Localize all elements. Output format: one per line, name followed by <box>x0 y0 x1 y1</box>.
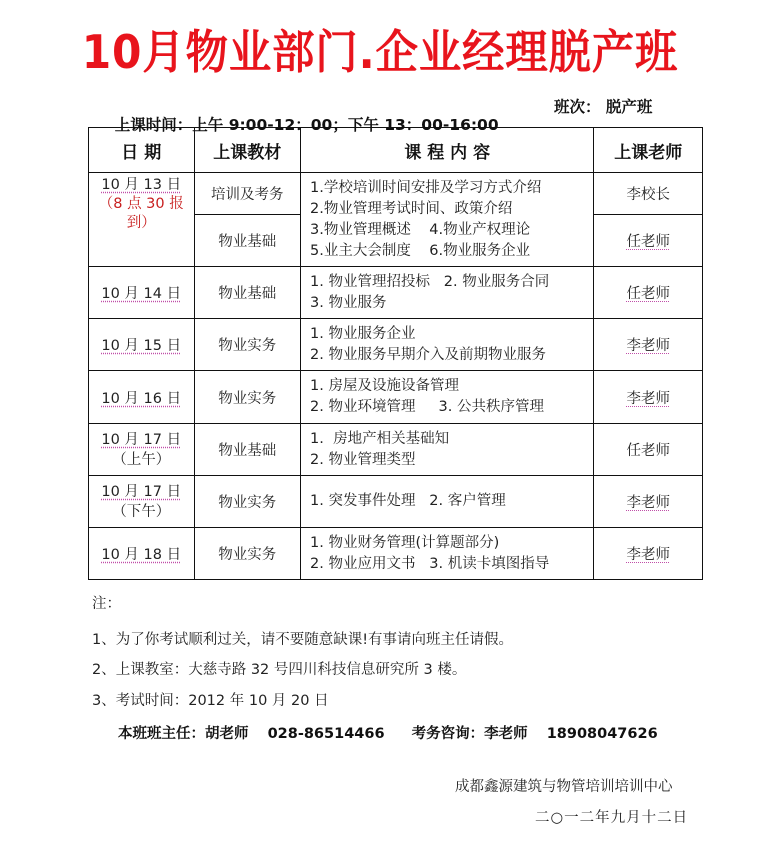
teacher-name: 李校长 <box>626 187 670 203</box>
date-cell: 10 月 17 日 （上午） <box>89 424 195 476</box>
content-cell: 1. 物业管理招投标 2. 物业服务合同 3. 物业服务 <box>301 267 594 319</box>
material-cell: 物业实务 <box>194 476 301 528</box>
date-text: 10 月 15 日 <box>101 338 181 354</box>
teacher-name: 李老师 <box>626 338 670 354</box>
content-cell: 1. 突发事件处理 2. 客户管理 <box>301 476 594 528</box>
material-cell: 物业实务 <box>194 528 301 580</box>
table-row: 10 月 17 日 （上午） 物业基础 1. 房地产相关基础知 2. 物业管理类… <box>89 424 703 476</box>
teacher-cell: 李老师 <box>594 319 703 371</box>
teacher-name: 李老师 <box>626 391 670 407</box>
class-type: 班次： 脱产班 <box>554 95 652 117</box>
col-header-teacher: 上课老师 <box>594 128 703 173</box>
material-cell: 物业基础 <box>194 267 301 319</box>
issue-date: 二○一二年九月十二日 <box>535 806 688 827</box>
date-cell: 10 月 18 日 <box>89 528 195 580</box>
exam-contact-phone: 18908047626 <box>547 726 658 742</box>
col-header-content: 课 程 内 容 <box>301 128 594 173</box>
contact-line: 本班班主任：胡老师 028-86514466 考务咨询：李老师 18908047… <box>118 722 658 743</box>
content-line: 2. 物业服务早期介入及前期物业服务 <box>310 345 593 366</box>
teacher-cell: 任老师 <box>594 424 703 476</box>
date-note: （上午） <box>89 450 194 470</box>
date-note: （8 点 30 报到） <box>89 195 194 233</box>
head-teacher-phone: 028-86514466 <box>268 726 385 742</box>
content-line: 5.业主大会制度 6.物业服务企业 <box>310 241 593 262</box>
content-line: 1.学校培训时间安排及学习方式介绍 <box>310 178 593 199</box>
content-line: 3.物业管理概述 4.物业产权理论 <box>310 220 593 241</box>
content-line: 1. 物业管理招投标 2. 物业服务合同 <box>310 272 593 293</box>
date-cell: 10 月 17 日 （下午） <box>89 476 195 528</box>
content-cell: 1. 物业服务企业 2. 物业服务早期介入及前期物业服务 <box>301 319 594 371</box>
teacher-cell: 任老师 <box>594 215 703 267</box>
content-line: 1. 物业服务企业 <box>310 324 593 345</box>
content-line: 3. 物业服务 <box>310 293 593 314</box>
content-cell: 1.学校培训时间安排及学习方式介绍 2.物业管理考试时间、政策介绍 3.物业管理… <box>301 173 594 267</box>
table-row: 10 月 18 日 物业实务 1. 物业财务管理(计算题部分) 2. 物业应用文… <box>89 528 703 580</box>
content-line: 1. 房屋及设施设备管理 <box>310 376 593 397</box>
teacher-name: 李老师 <box>626 547 670 563</box>
date-text: 10 月 14 日 <box>101 286 181 302</box>
content-line: 1. 突发事件处理 2. 客户管理 <box>310 491 593 512</box>
date-text: 10 月 17 日 <box>89 482 194 502</box>
content-line: 1. 物业财务管理(计算题部分) <box>310 533 593 554</box>
teacher-cell: 李校长 <box>594 173 703 215</box>
date-note: （下午） <box>89 502 194 522</box>
col-header-date: 日 期 <box>89 128 195 173</box>
teacher-cell: 李老师 <box>594 476 703 528</box>
content-line: 2. 物业管理类型 <box>310 450 593 471</box>
date-cell: 10 月 16 日 <box>89 371 195 424</box>
content-cell: 1. 房屋及设施设备管理 2. 物业环境管理 3. 公共秩序管理 <box>301 371 594 424</box>
course-table: 日 期 上课教材 课 程 内 容 上课老师 10 月 13 日 （8 点 30 … <box>88 127 703 580</box>
teacher-cell: 任老师 <box>594 267 703 319</box>
content-cell: 1. 房地产相关基础知 2. 物业管理类型 <box>301 424 594 476</box>
note-item: 2、上课教室：大慈寺路 32 号四川科技信息研究所 3 楼。 <box>92 658 466 679</box>
teacher-name: 任老师 <box>626 234 670 250</box>
teacher-cell: 李老师 <box>594 371 703 424</box>
content-line: 2. 物业应用文书 3. 机读卡填图指导 <box>310 554 593 575</box>
teacher-name: 李老师 <box>626 495 670 511</box>
material-cell: 物业基础 <box>194 424 301 476</box>
teacher-name: 任老师 <box>626 443 670 459</box>
col-header-material: 上课教材 <box>194 128 301 173</box>
date-text: 10 月 17 日 <box>89 430 194 450</box>
organization-name: 成都鑫源建筑与物管培训培训中心 <box>455 775 673 796</box>
table-row: 10 月 14 日 物业基础 1. 物业管理招投标 2. 物业服务合同 3. 物… <box>89 267 703 319</box>
material-cell: 物业基础 <box>194 215 301 267</box>
note-item: 1、为了你考试顺利过关，请不要随意缺课!有事请向班主任请假。 <box>92 628 513 649</box>
page-title: 10月物业部门.企业经理脱产班 <box>30 22 729 82</box>
content-line: 2.物业管理考试时间、政策介绍 <box>310 199 593 220</box>
date-cell: 10 月 15 日 <box>89 319 195 371</box>
table-row: 10 月 13 日 （8 点 30 报到） 培训及考务 1.学校培训时间安排及学… <box>89 173 703 215</box>
teacher-name: 任老师 <box>626 286 670 302</box>
table-row: 10 月 16 日 物业实务 1. 房屋及设施设备管理 2. 物业环境管理 3.… <box>89 371 703 424</box>
content-line: 1. 房地产相关基础知 <box>310 429 593 450</box>
material-cell: 物业实务 <box>194 371 301 424</box>
material-cell: 培训及考务 <box>194 173 301 215</box>
date-text: 10 月 18 日 <box>101 547 181 563</box>
content-line: 2. 物业环境管理 3. 公共秩序管理 <box>310 397 593 418</box>
table-row: 10 月 17 日 （下午） 物业实务 1. 突发事件处理 2. 客户管理 李老… <box>89 476 703 528</box>
material-cell: 物业实务 <box>194 319 301 371</box>
teacher-cell: 李老师 <box>594 528 703 580</box>
content-cell: 1. 物业财务管理(计算题部分) 2. 物业应用文书 3. 机读卡填图指导 <box>301 528 594 580</box>
date-cell: 10 月 14 日 <box>89 267 195 319</box>
head-teacher-label: 本班班主任：胡老师 <box>118 726 249 742</box>
date-cell: 10 月 13 日 （8 点 30 报到） <box>89 173 195 267</box>
date-text: 10 月 13 日 <box>89 176 194 195</box>
table-header-row: 日 期 上课教材 课 程 内 容 上课老师 <box>89 128 703 173</box>
exam-contact-label: 考务咨询：李老师 <box>412 726 528 742</box>
table-row: 10 月 15 日 物业实务 1. 物业服务企业 2. 物业服务早期介入及前期物… <box>89 319 703 371</box>
note-item: 3、考试时间：2012 年 10 月 20 日 <box>92 689 329 710</box>
notes-heading: 注： <box>92 592 121 613</box>
date-text: 10 月 16 日 <box>101 391 181 407</box>
